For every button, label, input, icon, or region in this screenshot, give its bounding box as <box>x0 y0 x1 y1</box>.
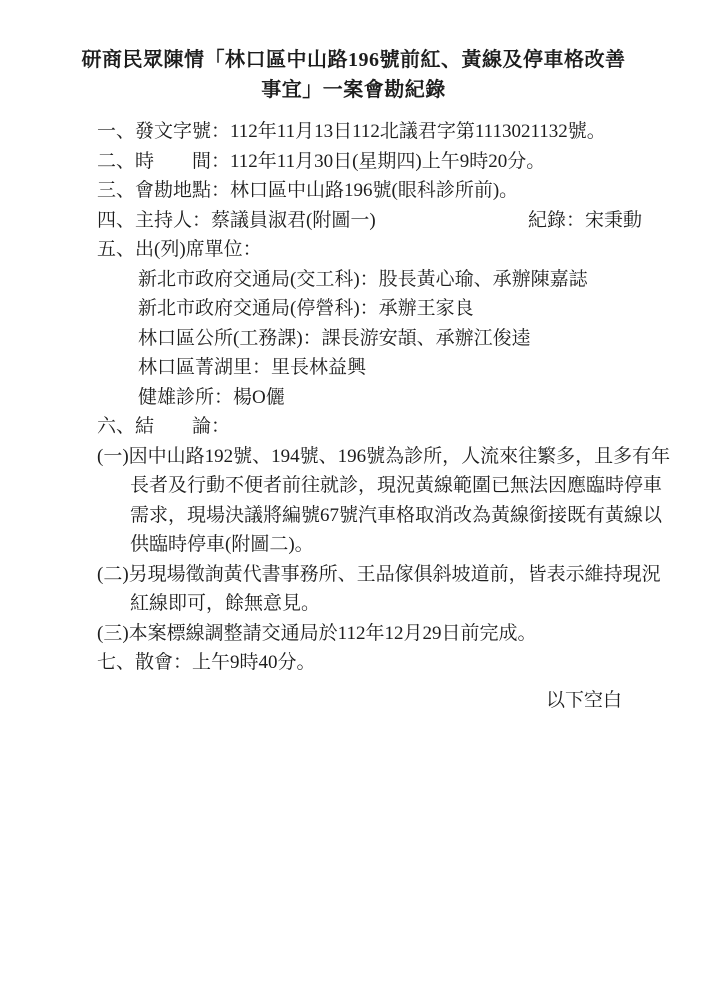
document-page: 研商民眾陳情「林口區中山路196號前紅、黃線及停車格改善 事宜」一案會勘紀錄 一… <box>0 0 707 1000</box>
line-meeting-time: 二、時 間：112年11月30日(星期四)上午9時20分。 <box>97 147 642 177</box>
attendee-row: 新北市政府交通局(交工科)：股長黃心瑜、承辦陳嘉誌 <box>97 265 642 295</box>
title-line-1: 研商民眾陳情「林口區中山路196號前紅、黃線及停車格改善 <box>0 45 707 75</box>
conclusion-item1-line: 需求，現場決議將編號67號汽車格取消改為黃線銜接既有黃線以 <box>97 501 642 531</box>
attendee-row: 新北市政府交通局(停營科)：承辦王家良 <box>97 294 642 324</box>
conclusion-item1-line: (一)因中山路192號、194號、196號為診所，人流來往繁多，且多有年 <box>97 442 642 472</box>
line-chair-and-recorder: 四、主持人：蔡議員淑君(附圖一) 紀錄：宋秉動 <box>97 206 642 236</box>
line-meeting-location: 三、會勘地點：林口區中山路196號(眼科診所前)。 <box>97 176 642 206</box>
conclusion-item1-line: 供臨時停車(附圖二)。 <box>97 530 642 560</box>
line-conclusion-header: 六、結 論： <box>97 412 642 442</box>
attendee-row: 林口區公所(工務課)：課長游安頡、承辦江俊逵 <box>97 324 642 354</box>
document-body: 一、發文字號：112年11月13日112北議君字第1113021132號。 二、… <box>0 105 707 715</box>
below-blank-note: 以下空白 <box>97 686 642 716</box>
line-attendees-header: 五、出(列)席單位： <box>97 235 642 265</box>
line-adjourn: 七、散會：上午9時40分。 <box>97 648 642 678</box>
attendee-row: 健雄診所：楊O儷 <box>97 383 642 413</box>
line-doc-number: 一、發文字號：112年11月13日112北議君字第1113021132號。 <box>97 117 642 147</box>
title-line-2: 事宜」一案會勘紀錄 <box>0 75 707 105</box>
conclusion-item1-line: 長者及行動不便者前往就診，現況黃線範圍已無法因應臨時停車 <box>97 471 642 501</box>
conclusion-item2-line: 紅線即可，餘無意見。 <box>97 589 642 619</box>
attendee-row: 林口區菁湖里：里長林益興 <box>97 353 642 383</box>
recorder-text: 紀錄：宋秉動 <box>528 206 642 236</box>
chair-text: 四、主持人：蔡議員淑君(附圖一) <box>97 206 376 236</box>
conclusion-item3-line: (三)本案標線調整請交通局於112年12月29日前完成。 <box>97 619 642 649</box>
document-title: 研商民眾陳情「林口區中山路196號前紅、黃線及停車格改善 事宜」一案會勘紀錄 <box>0 0 707 105</box>
conclusion-item2-line: (二)另現場徵詢黃代書事務所、王品傢俱斜坡道前，皆表示維持現況 <box>97 560 642 590</box>
